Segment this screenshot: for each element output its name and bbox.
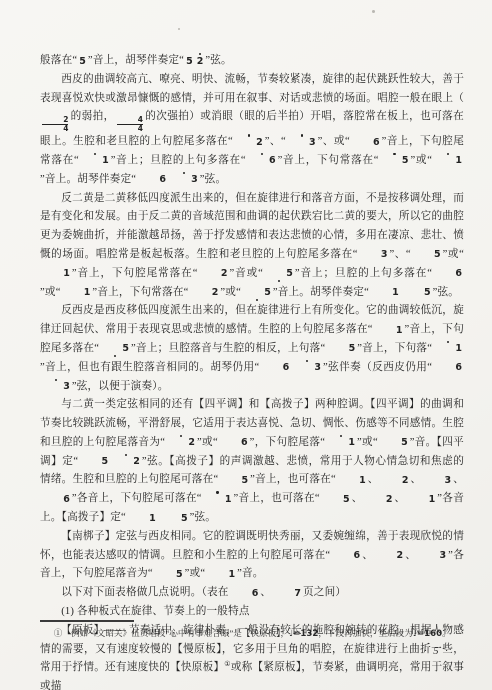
jianpu-note: 3 — [360, 250, 388, 260]
jianpu-note: 5 — [380, 438, 408, 448]
jianpu-note: 5 — [79, 57, 86, 67]
jianpu-note: 2 — [235, 138, 263, 148]
paragraph: 【南梆子】定弦与西皮相同。它的腔调既明快秀丽，又委婉缠绵，善于表现欣悦的情怀，也… — [40, 528, 464, 584]
jianpu-note: 5 — [403, 288, 431, 298]
jianpu-note: 5 — [413, 250, 441, 260]
scan-speck — [372, 10, 375, 13]
jianpu-note: 6 — [352, 138, 380, 148]
jianpu-note: 6 — [248, 156, 276, 166]
metronome-mark: ♩=160 — [413, 629, 442, 639]
jianpu-note: 6 — [220, 438, 248, 448]
jianpu-note: 3 — [42, 382, 70, 392]
jianpu-note: 1 — [81, 156, 109, 166]
jianpu-note: 5 — [220, 476, 248, 486]
jianpu-note: 2 — [197, 57, 204, 67]
jianpu-note: 6 — [231, 589, 259, 599]
jianpu-note: 2 — [200, 269, 228, 279]
jianpu-note: 1 — [407, 495, 435, 505]
jianpu-note: 2 — [112, 457, 140, 467]
jianpu-note: 3 — [293, 363, 321, 373]
jianpu-note: 2 — [191, 288, 219, 298]
jianpu-note: 3 — [418, 551, 446, 561]
jianpu-note: 1 — [42, 269, 70, 279]
jianpu-note: 1 — [434, 156, 462, 166]
jianpu-note: 3 — [423, 476, 451, 486]
jianpu-note: 5 — [186, 57, 193, 67]
jianpu-note: 2 — [381, 476, 409, 486]
jianpu-note: 5 — [381, 156, 409, 166]
jianpu-note: 1 — [375, 326, 403, 336]
jianpu-note: 5 — [155, 570, 183, 580]
footnote-ref: ① — [224, 660, 231, 668]
time-signature: 24 — [42, 116, 68, 133]
paragraph: 般落在“5”音上，胡琴伴奏定“52”弦。 — [40, 52, 464, 71]
scanned-book-page: 般落在“5”音上，胡琴伴奏定“52”弦。西皮的曲调较高亢、嘹亮、明快、流畅，节奏… — [0, 0, 492, 690]
jianpu-note: 6 — [434, 269, 462, 279]
paragraph: 反二黄是二黄移低四度派生出来的，但在旋律进行和落音方面，不是按移调处理，而是有变… — [40, 190, 464, 303]
jianpu-note: 1 — [371, 288, 399, 298]
footnote-separator — [40, 620, 134, 622]
jianpu-note: 1 — [63, 288, 91, 298]
jianpu-note: 5 — [80, 457, 108, 467]
jianpu-note: 1 — [204, 495, 232, 505]
text-body: 般落在“5”音上，胡琴伴奏定“52”弦。西皮的曲调较高亢、嘹亮、明快、流畅，节奏… — [40, 52, 464, 690]
jianpu-note: 6 — [42, 495, 70, 505]
jianpu-note: 6 — [434, 363, 462, 373]
jianpu-note: 6 — [332, 551, 360, 561]
jianpu-note: 2 — [167, 438, 195, 448]
scan-speck — [178, 28, 180, 30]
jianpu-note: 5 — [101, 344, 129, 354]
jianpu-note: 5 — [160, 514, 188, 524]
jianpu-note: 3 — [170, 175, 198, 185]
jianpu-note: 6 — [261, 363, 289, 373]
jianpu-note: 5 — [322, 495, 350, 505]
jianpu-note: 1 — [327, 438, 355, 448]
time-signature: 44 — [117, 116, 143, 133]
jianpu-note: 5 — [265, 269, 293, 279]
jianpu-note: 7 — [273, 589, 301, 599]
paragraph: 以下对下面表格做几点说明。（表在6、7页之间） — [40, 584, 464, 603]
jianpu-note: 2 — [365, 495, 393, 505]
page-number: · 5 · — [424, 646, 450, 657]
paragraph: 与二黄一类定弦相同的还有【四平调】和【高拨子】两种腔调。【四平调】的曲调和节奏比… — [40, 396, 464, 528]
metronome-mark: ♩=132 — [289, 629, 318, 639]
footnote: ① 例如《文昭关》伍员唱段“心中有事难合眼”是【快原板】，♩=132，下段再加快… — [40, 627, 464, 641]
jianpu-note: 5 — [327, 344, 355, 354]
jianpu-note: 1 — [338, 476, 366, 486]
jianpu-note: 1 — [207, 570, 235, 580]
paragraph: 西皮的曲调较高亢、嘹亮、明快、流畅，节奏较紧凑，旋律的起伏跳跃性较大，善于表现喜… — [40, 71, 464, 190]
jianpu-note: 1 — [434, 344, 462, 354]
paragraph: 反西皮是西皮移低四度派生出来的，但在旋律进行上有所变化。它的曲调较低沉，旋律迂回… — [40, 302, 464, 396]
jianpu-note: 6 — [138, 175, 166, 185]
jianpu-note: 2 — [375, 551, 403, 561]
jianpu-note: 5 — [243, 288, 271, 298]
jianpu-note: 3 — [288, 138, 316, 148]
jianpu-note: 1 — [128, 514, 156, 524]
